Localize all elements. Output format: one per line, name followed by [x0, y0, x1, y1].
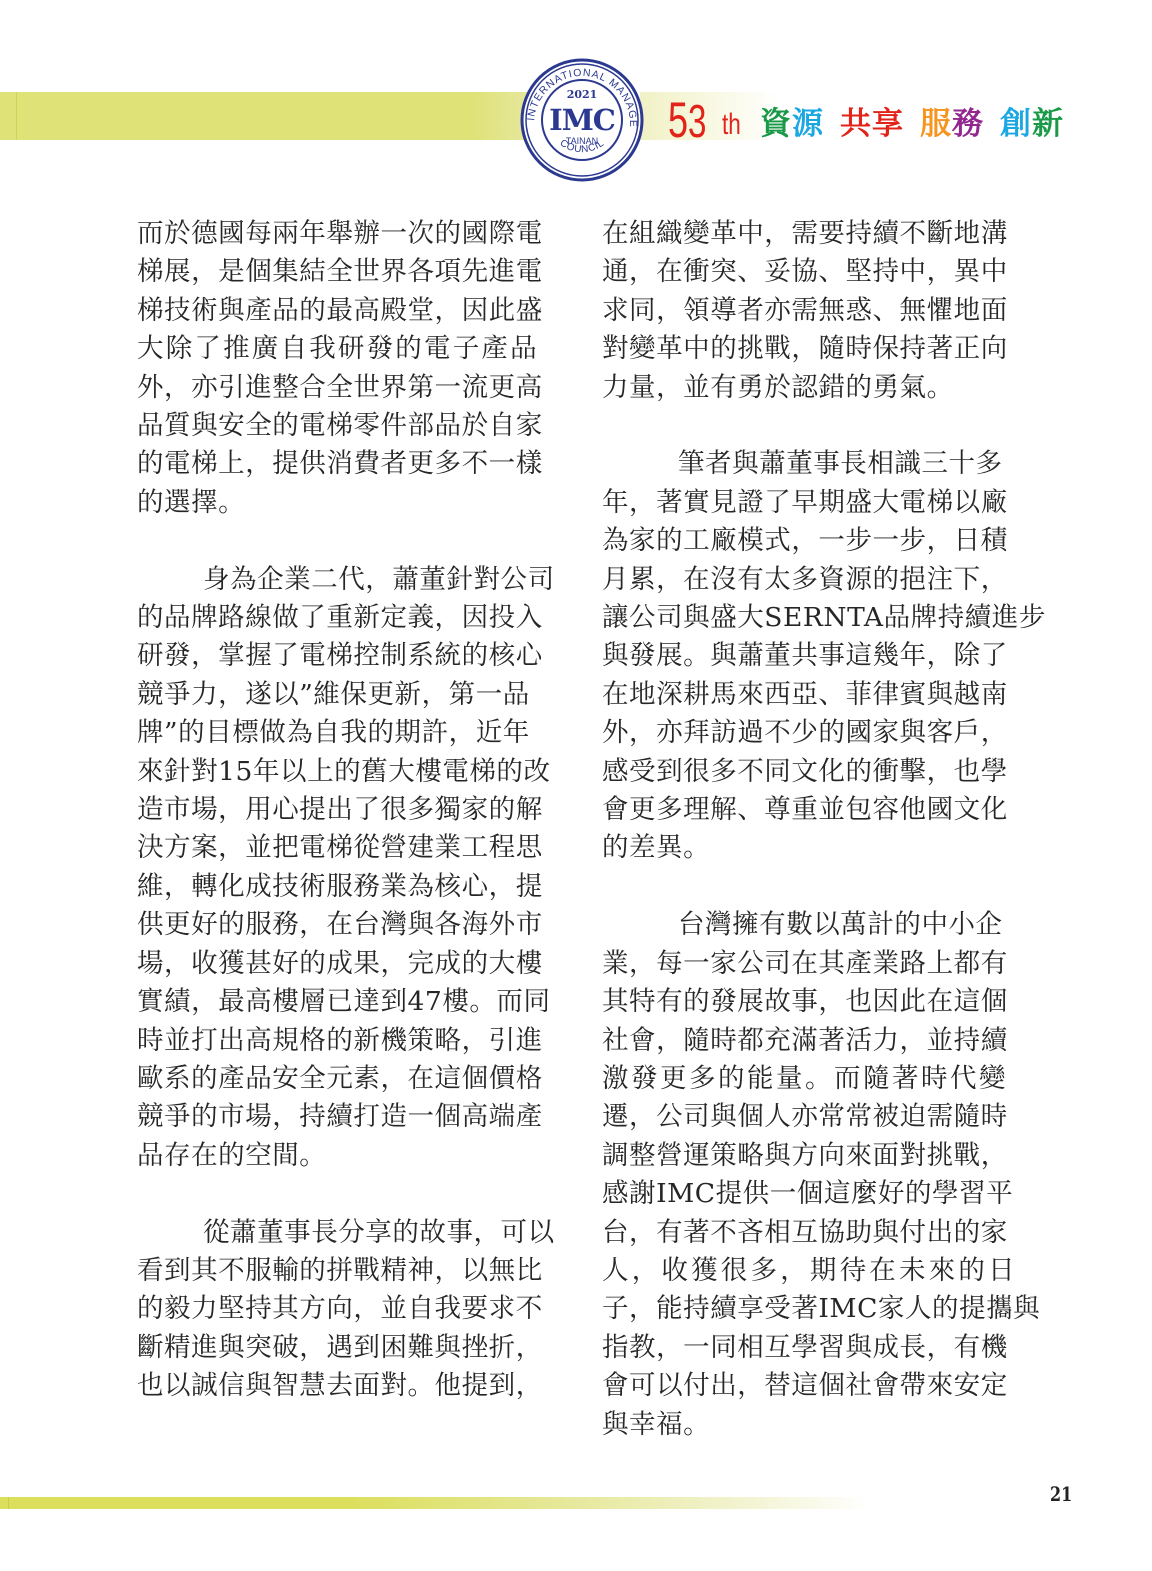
- text-line: 感受到很多不同文化的衝擊，也學: [602, 753, 1014, 791]
- text-line: 讓公司與盛大SERNTA品牌持續進步: [602, 599, 1014, 637]
- text-line: 求同，領導者亦需無惑、無懼地面: [602, 292, 1014, 330]
- text-line: 決方案，並把電梯從營建業工程思: [137, 829, 549, 867]
- slogan-number: 53: [668, 97, 704, 144]
- text-line: 維，轉化成技術服務業為核心，提: [137, 868, 549, 906]
- text-line: 競爭力，遂以”維保更新，第一品: [137, 676, 549, 714]
- text-line: 激發更多的能量。而隨著時代變: [602, 1060, 1014, 1098]
- slogan-word-service: 服務: [920, 104, 984, 144]
- text-line: 梯展，是個集結全世界各項先進電: [137, 253, 549, 291]
- text-line: 實績，最高樓層已達到47樓。而同: [137, 983, 549, 1021]
- text-line: 歐系的產品安全元素，在這個價格: [137, 1060, 549, 1098]
- text-line: 的選擇。: [137, 484, 549, 522]
- text-line: 與發展。與蕭董共事這幾年，除了: [602, 637, 1014, 675]
- svg-text:IMC: IMC: [549, 103, 615, 137]
- text-line: 其特有的發展故事，也因此在這個: [602, 983, 1014, 1021]
- text-line: 感謝IMC提供一個這麼好的學習平: [602, 1175, 1014, 1213]
- footer-band: [0, 1497, 870, 1509]
- text-line: 會更多理解、尊重並包容他國文化: [602, 791, 1014, 829]
- text-line: 看到其不服輸的拼戰精神，以無比: [137, 1252, 549, 1290]
- text-line: 社會，隨時都充滿著活力，並持續: [602, 1022, 1014, 1060]
- text-line: 調整營運策略與方向來面對挑戰，: [602, 1137, 1014, 1175]
- left-column: 而於德國每兩年舉辦一次的國際電 梯展，是個集結全世界各項先進電 梯技術與產品的最…: [137, 215, 549, 1444]
- imc-logo-seal: INTERNATIONAL MANAGEMENT COUNCIL 2021 IM…: [520, 58, 644, 182]
- text-line: 牌”的目標做為自我的期許，近年: [137, 714, 549, 752]
- text-line: 也以誠信與智慧去面對。他提到，: [137, 1367, 549, 1405]
- svg-text:TAINAN: TAINAN: [566, 136, 598, 146]
- header-band-edge: [16, 92, 17, 140]
- text-line: 筆者與蕭董事長相識三十多: [602, 445, 1014, 483]
- text-line: 年，著實見證了早期盛大電梯以廠: [602, 484, 1014, 522]
- text-line: 指教，一同相互學習與成長，有機: [602, 1329, 1014, 1367]
- text-line: 力量，並有勇於認錯的勇氣。: [602, 369, 1014, 407]
- paragraph-change: 在組織變革中，需要持續不斷地溝 通，在衝突、妥協、堅持中，異中 求同，領導者亦需…: [602, 215, 1014, 407]
- imc-seal-icon: INTERNATIONAL MANAGEMENT COUNCIL 2021 IM…: [520, 58, 644, 182]
- text-line: 品質與安全的電梯零件部品於自家: [137, 407, 549, 445]
- text-line: 競爭的市場，持續打造一個高端產: [137, 1098, 549, 1136]
- text-line: 對變革中的挑戰，隨時保持著正向: [602, 330, 1014, 368]
- text-line: 造市場，用心提出了很多獨家的解: [137, 791, 549, 829]
- text-line: 在組織變革中，需要持續不斷地溝: [602, 215, 1014, 253]
- text-line: 時並打出高規格的新機策略，引進: [137, 1022, 549, 1060]
- paragraph-taiwan-smes: 台灣擁有數以萬計的中小企 業，每一家公司在其產業路上都有 其特有的發展故事，也因…: [602, 906, 1014, 1444]
- header-band: [0, 92, 590, 140]
- text-line: 來針對15年以上的舊大樓電梯的改: [137, 753, 549, 791]
- text-line: 遷，公司與個人亦常常被迫需隨時: [602, 1098, 1014, 1136]
- text-line: 業，每一家公司在其產業路上都有: [602, 945, 1014, 983]
- text-line: 而於德國每兩年舉辦一次的國際電: [137, 215, 549, 253]
- right-column: 在組織變革中，需要持續不斷地溝 通，在衝突、妥協、堅持中，異中 求同，領導者亦需…: [602, 215, 1014, 1482]
- text-line: 與幸福。: [602, 1406, 1014, 1444]
- text-line: 場，收獲甚好的成果，完成的大樓: [137, 945, 549, 983]
- slogan-word-innovation: 創新: [1000, 104, 1064, 144]
- text-line: 大除了推廣自我研發的電子產品: [137, 330, 549, 368]
- text-line: 身為企業二代，蕭董針對公司: [137, 561, 549, 599]
- text-line: 的品牌路線做了重新定義，因投入: [137, 599, 549, 637]
- paragraph-expo: 而於德國每兩年舉辦一次的國際電 梯展，是個集結全世界各項先進電 梯技術與產品的最…: [137, 215, 549, 522]
- text-line: 為家的工廠模式，一步一步，日積: [602, 522, 1014, 560]
- text-line: 人，收獲很多，期待在未來的日: [602, 1252, 1014, 1290]
- text-line: 台，有著不吝相互協助與付出的家: [602, 1214, 1014, 1252]
- text-line: 品存在的空間。: [137, 1137, 549, 1175]
- paragraph-perseverance: 從蕭董事長分享的故事，可以 看到其不服輸的拼戰精神，以無比 的毅力堅持其方向，並…: [137, 1214, 549, 1406]
- slogan: 53 th 資源 共享 服務 創新: [668, 84, 1064, 144]
- text-line: 研發，掌握了電梯控制系統的核心: [137, 637, 549, 675]
- slogan-word-share: 共享: [840, 104, 904, 144]
- text-line: 外，亦引進整合全世界第一流更高: [137, 369, 549, 407]
- text-line: 的差異。: [602, 829, 1014, 867]
- text-line: 斷精進與突破，遇到困難與挫折，: [137, 1329, 549, 1367]
- page-number: 21: [1050, 1482, 1072, 1506]
- footer-band-edge: [8, 1497, 9, 1509]
- text-line: 供更好的服務，在台灣與各海外市: [137, 906, 549, 944]
- paragraph-acquaintance: 筆者與蕭董事長相識三十多 年，著實見證了早期盛大電梯以廠 為家的工廠模式，一步一…: [602, 445, 1014, 867]
- text-line: 梯技術與產品的最高殿堂，因此盛: [137, 292, 549, 330]
- text-line: 外，亦拜訪過不少的國家與客戶，: [602, 714, 1014, 752]
- svg-text:2021: 2021: [567, 88, 598, 101]
- text-line: 在地深耕馬來西亞、菲律賓與越南: [602, 676, 1014, 714]
- text-line: 月累，在沒有太多資源的挹注下，: [602, 561, 1014, 599]
- text-line: 的電梯上，提供消費者更多不一樣: [137, 445, 549, 483]
- slogan-suffix: th: [722, 106, 746, 144]
- slogan-word-resources: 資源: [760, 104, 824, 144]
- paragraph-brand-strategy: 身為企業二代，蕭董針對公司 的品牌路線做了重新定義，因投入 研發，掌握了電梯控制…: [137, 561, 549, 1176]
- text-line: 台灣擁有數以萬計的中小企: [602, 906, 1014, 944]
- text-line: 子，能持續享受著IMC家人的提攜與: [602, 1290, 1014, 1328]
- text-line: 會可以付出，替這個社會帶來安定: [602, 1367, 1014, 1405]
- text-line: 通，在衝突、妥協、堅持中，異中: [602, 253, 1014, 291]
- text-line: 的毅力堅持其方向，並自我要求不: [137, 1290, 549, 1328]
- text-line: 從蕭董事長分享的故事，可以: [137, 1214, 549, 1252]
